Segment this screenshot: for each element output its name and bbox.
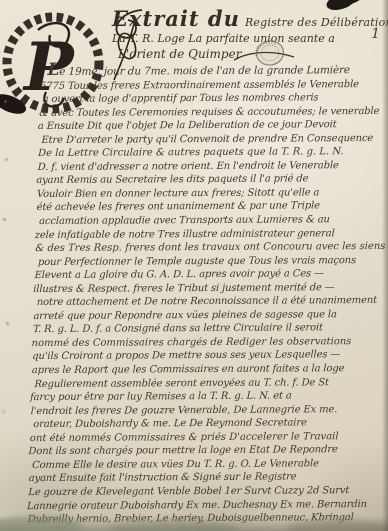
manuscript-body: Le 19me. jour du 7me. mois de l'an de la… xyxy=(27,62,388,527)
manuscript-line: D. f. vient d'adresser a notre orient. E… xyxy=(37,159,388,175)
title-line-2: La T. R. Loge La parfaite union seante a xyxy=(112,32,384,45)
manuscript-page: P Extrait du Registre des Délibérations … xyxy=(0,0,388,531)
manuscript-line: pour Perfectionner le Temple auguste que… xyxy=(38,254,387,270)
manuscript-line: l'endroit les freres De gouzre Venerable… xyxy=(30,403,382,419)
manuscript-line: 5775 Tous les freres Extraordinairement … xyxy=(40,77,388,93)
title-line-1: Extrait du Registre des Délibérations de xyxy=(112,6,384,31)
manuscript-line: Dont ils sont chargés pour mettre la log… xyxy=(28,443,381,459)
page-number: 1 xyxy=(371,26,380,42)
stain-smudge xyxy=(286,520,388,531)
page-edge-shadow xyxy=(382,0,388,531)
manuscript-line: Le gouzre de Klevelegant Venble Bobel 1e… xyxy=(28,484,380,500)
paper-specks xyxy=(4,100,7,103)
manuscript-line: apres le Raport que les Commissaires en … xyxy=(32,362,384,378)
title-register: Registre des Délibérations de xyxy=(245,16,388,29)
manuscript-line: Le 19me. jour du 7me. mois de l'an de la… xyxy=(39,62,388,80)
manuscript-line: arreté que pour Repondre aux vües pleine… xyxy=(33,308,385,324)
title-opening: Extrait du xyxy=(112,6,240,31)
stain-smudge xyxy=(108,521,238,531)
